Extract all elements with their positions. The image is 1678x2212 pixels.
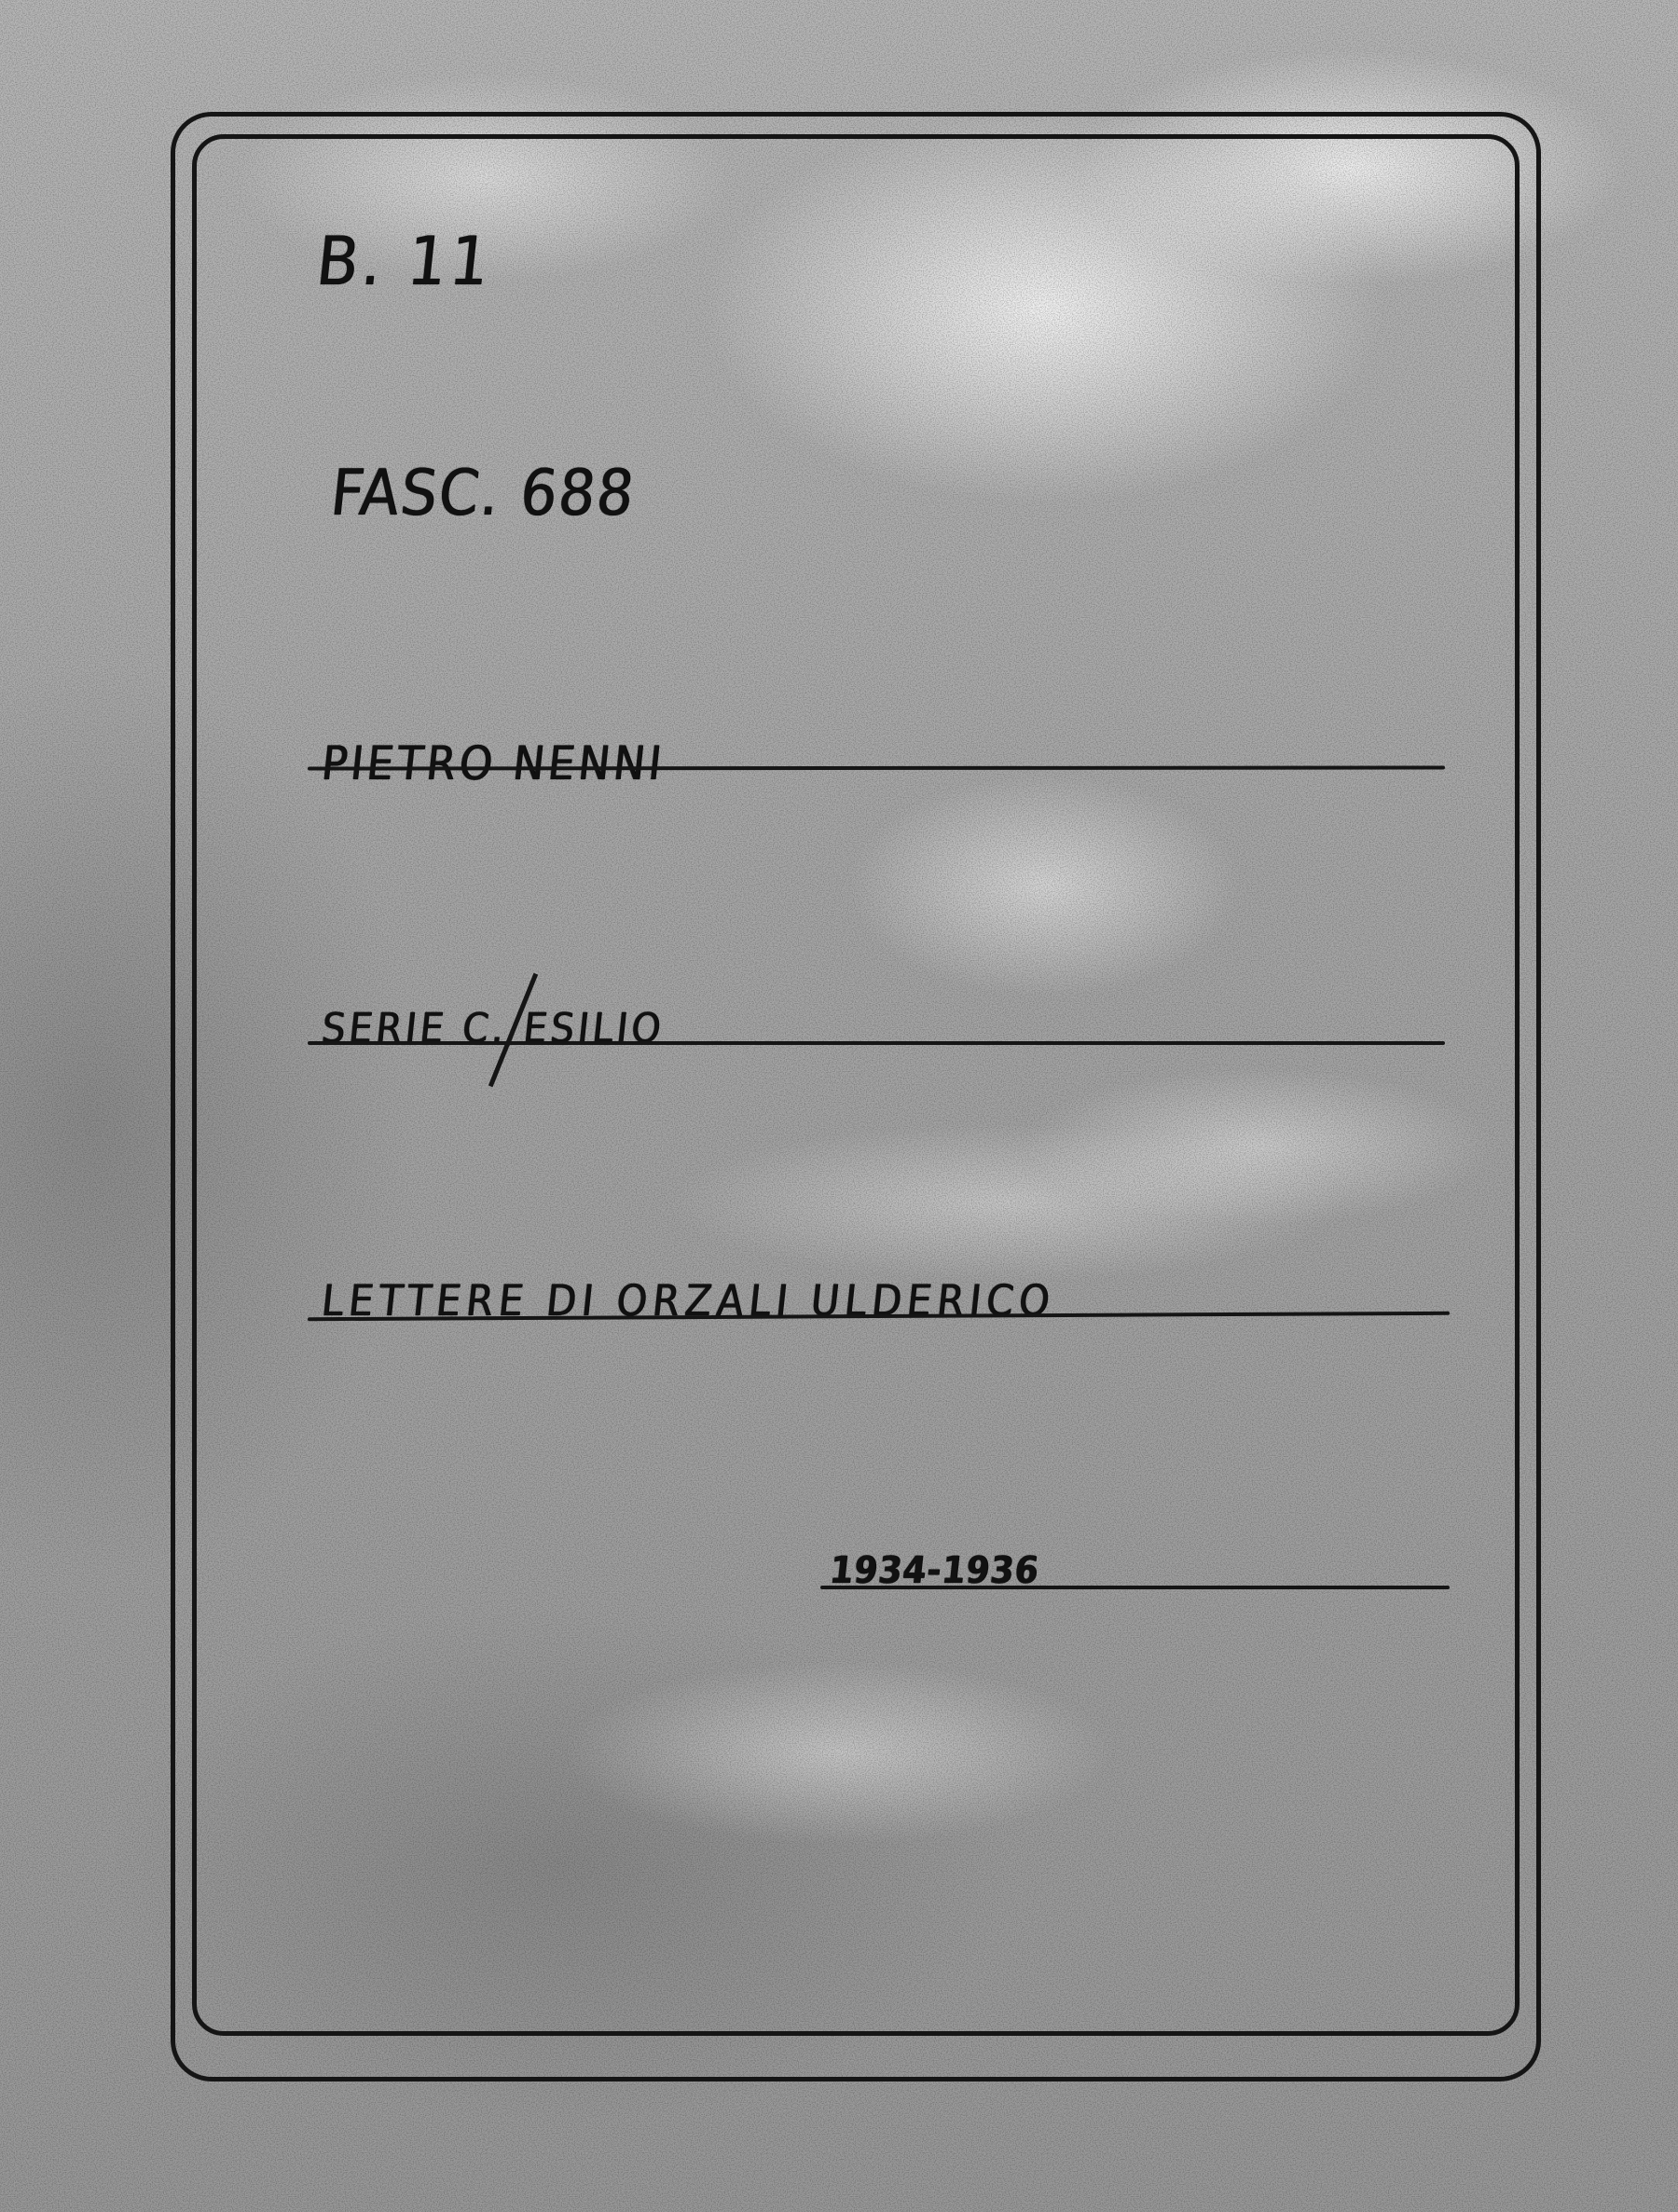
fascicle-number-label: FASC. 688 — [327, 457, 639, 530]
box-number-label: B. 11 — [313, 222, 497, 300]
person-name: PIETRO NENNI — [319, 736, 667, 790]
date-range-underline — [820, 1586, 1450, 1589]
series-label: SERIE C./ESILIO — [319, 1005, 666, 1052]
inner-border-frame — [192, 134, 1520, 2036]
series-underline — [308, 1041, 1445, 1045]
